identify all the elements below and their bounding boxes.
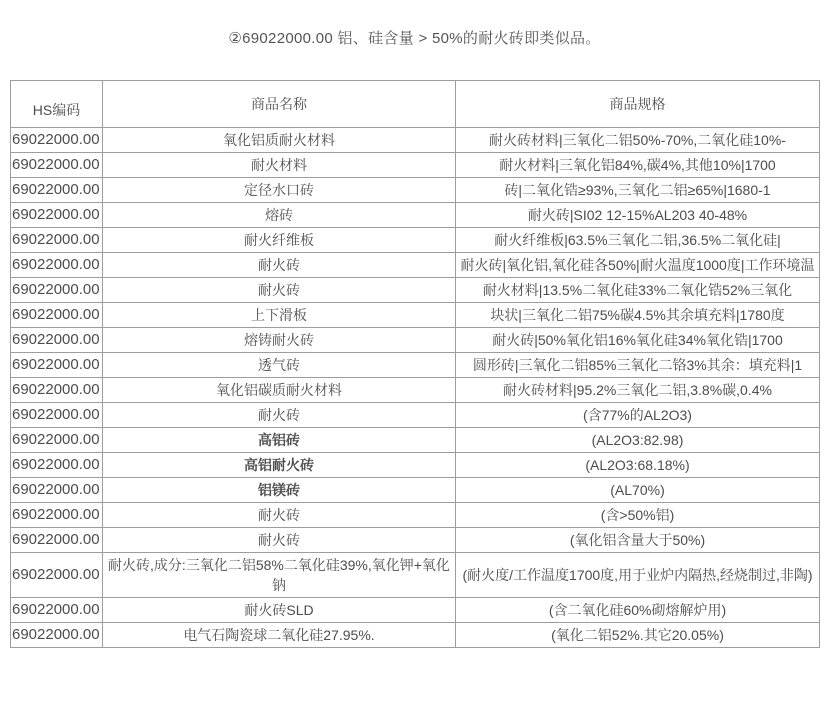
cell-product-spec: 耐火材料|13.5%二氧化硅33%二氧化锆52%三氧化: [456, 278, 820, 303]
cell-hs-code: 69022000.00: [11, 623, 103, 648]
cell-product-name: 氧化铝碳质耐火材料: [103, 378, 456, 403]
column-header-hs-code: HS编码: [11, 81, 103, 128]
table-row: 69022000.00熔砖耐火砖|SI02 12-15%AL203 40-48%: [11, 203, 820, 228]
table-row: 69022000.00耐火砖耐火材料|13.5%二氧化硅33%二氧化锆52%三氧…: [11, 278, 820, 303]
cell-product-spec: (AL2O3:82.98): [456, 428, 820, 453]
cell-product-spec: (含>50%铝): [456, 503, 820, 528]
cell-product-spec: (氧化铝含量大于50%): [456, 528, 820, 553]
cell-product-spec: 耐火砖|SI02 12-15%AL203 40-48%: [456, 203, 820, 228]
cell-product-spec: 耐火砖材料|三氧化二铝50%-70%,二氧化硅10%-: [456, 128, 820, 153]
column-header-product-spec: 商品规格: [456, 81, 820, 128]
cell-product-name: 氧化铝质耐火材料: [103, 128, 456, 153]
hs-code-table: HS编码 商品名称 商品规格 69022000.00氧化铝质耐火材料耐火砖材料|…: [10, 80, 820, 648]
cell-product-name: 高铝砖: [103, 428, 456, 453]
cell-product-spec: 耐火砖|氧化铝,氧化硅各50%|耐火温度1000度|工作环境温: [456, 253, 820, 278]
cell-hs-code: 69022000.00: [11, 253, 103, 278]
cell-product-name: 透气砖: [103, 353, 456, 378]
cell-product-spec: (含二氧化硅60%砌熔解炉用): [456, 598, 820, 623]
cell-hs-code: 69022000.00: [11, 478, 103, 503]
cell-product-spec: 耐火材料|三氧化铝84%,碳4%,其他10%|1700: [456, 153, 820, 178]
cell-product-name: 电气石陶瓷球二氧化硅27.95%.: [103, 623, 456, 648]
table-row: 69022000.00耐火砖(含77%的AL2O3): [11, 403, 820, 428]
cell-product-name: 耐火砖: [103, 528, 456, 553]
cell-hs-code: 69022000.00: [11, 228, 103, 253]
cell-product-spec: (AL70%): [456, 478, 820, 503]
cell-hs-code: 69022000.00: [11, 178, 103, 203]
cell-hs-code: 69022000.00: [11, 403, 103, 428]
cell-hs-code: 69022000.00: [11, 153, 103, 178]
table-row: 69022000.00透气砖圆形砖|三氧化二铝85%三氧化二铬3%其余：填充料|…: [11, 353, 820, 378]
cell-product-spec: 耐火砖材料|95.2%三氧化二铝,3.8%碳,0.4%: [456, 378, 820, 403]
cell-hs-code: 69022000.00: [11, 598, 103, 623]
table-row: 69022000.00耐火砖(氧化铝含量大于50%): [11, 528, 820, 553]
cell-product-name: 耐火纤维板: [103, 228, 456, 253]
cell-hs-code: 69022000.00: [11, 328, 103, 353]
table-header: HS编码 商品名称 商品规格: [11, 81, 820, 128]
table-row: 69022000.00耐火砖(含>50%铝): [11, 503, 820, 528]
cell-product-name: 耐火砖SLD: [103, 598, 456, 623]
cell-hs-code: 69022000.00: [11, 503, 103, 528]
cell-product-spec: 块状|三氧化二铝75%碳4.5%其余填充料|1780度: [456, 303, 820, 328]
cell-product-name: 上下滑板: [103, 303, 456, 328]
cell-product-name: 铝镁砖: [103, 478, 456, 503]
table-row: 69022000.00耐火砖,成分:三氧化二铝58%二氧化硅39%,氧化钾+氧化…: [11, 553, 820, 598]
cell-hs-code: 69022000.00: [11, 203, 103, 228]
cell-product-name: 高铝耐火砖: [103, 453, 456, 478]
cell-product-spec: 砖|二氧化锆≥93%,三氧化二铝≥65%|1680-1: [456, 178, 820, 203]
table-row: 69022000.00耐火砖耐火砖|氧化铝,氧化硅各50%|耐火温度1000度|…: [11, 253, 820, 278]
page-title: ②69022000.00 铝、硅含量 > 50%的耐火砖即类似品。: [0, 27, 829, 48]
table-row: 69022000.00定径水口砖砖|二氧化锆≥93%,三氧化二铝≥65%|168…: [11, 178, 820, 203]
cell-product-name: 熔铸耐火砖: [103, 328, 456, 353]
cell-hs-code: 69022000.00: [11, 303, 103, 328]
table-row: 69022000.00电气石陶瓷球二氧化硅27.95%.(氧化二铝52%.其它2…: [11, 623, 820, 648]
cell-hs-code: 69022000.00: [11, 428, 103, 453]
cell-product-spec: 圆形砖|三氧化二铝85%三氧化二铬3%其余：填充料|1: [456, 353, 820, 378]
cell-hs-code: 69022000.00: [11, 128, 103, 153]
cell-product-name: 耐火砖: [103, 253, 456, 278]
cell-hs-code: 69022000.00: [11, 378, 103, 403]
cell-hs-code: 69022000.00: [11, 553, 103, 598]
cell-product-name: 耐火砖: [103, 278, 456, 303]
table-header-row: HS编码 商品名称 商品规格: [11, 81, 820, 128]
column-header-product-name: 商品名称: [103, 81, 456, 128]
table-row: 69022000.00铝镁砖(AL70%): [11, 478, 820, 503]
table-row: 69022000.00高铝砖(AL2O3:82.98): [11, 428, 820, 453]
cell-hs-code: 69022000.00: [11, 278, 103, 303]
cell-product-spec: (含77%的AL2O3): [456, 403, 820, 428]
cell-product-spec: (AL2O3:68.18%): [456, 453, 820, 478]
cell-hs-code: 69022000.00: [11, 453, 103, 478]
cell-hs-code: 69022000.00: [11, 528, 103, 553]
cell-product-spec: (氧化二铝52%.其它20.05%): [456, 623, 820, 648]
cell-product-spec: 耐火纤维板|63.5%三氧化二铝,36.5%二氧化硅|: [456, 228, 820, 253]
cell-product-name: 耐火砖: [103, 503, 456, 528]
cell-product-name: 耐火砖: [103, 403, 456, 428]
cell-product-spec: 耐火砖|50%氧化铝16%氧化硅34%氧化锆|1700: [456, 328, 820, 353]
table-row: 69022000.00高铝耐火砖(AL2O3:68.18%): [11, 453, 820, 478]
cell-product-name: 熔砖: [103, 203, 456, 228]
table-row: 69022000.00熔铸耐火砖耐火砖|50%氧化铝16%氧化硅34%氧化锆|1…: [11, 328, 820, 353]
table-row: 69022000.00耐火材料耐火材料|三氧化铝84%,碳4%,其他10%|17…: [11, 153, 820, 178]
table-row: 69022000.00耐火纤维板耐火纤维板|63.5%三氧化二铝,36.5%二氧…: [11, 228, 820, 253]
table-row: 69022000.00上下滑板块状|三氧化二铝75%碳4.5%其余填充料|178…: [11, 303, 820, 328]
table-row: 69022000.00氧化铝碳质耐火材料耐火砖材料|95.2%三氧化二铝,3.8…: [11, 378, 820, 403]
cell-hs-code: 69022000.00: [11, 353, 103, 378]
cell-product-spec: (耐火度/工作温度1700度,用于业炉内隔热,经烧制过,非陶): [456, 553, 820, 598]
table-row: 69022000.00氧化铝质耐火材料耐火砖材料|三氧化二铝50%-70%,二氧…: [11, 128, 820, 153]
table-row: 69022000.00耐火砖SLD(含二氧化硅60%砌熔解炉用): [11, 598, 820, 623]
cell-product-name: 耐火砖,成分:三氧化二铝58%二氧化硅39%,氧化钾+氧化钠: [103, 553, 456, 598]
cell-product-name: 定径水口砖: [103, 178, 456, 203]
table-body: 69022000.00氧化铝质耐火材料耐火砖材料|三氧化二铝50%-70%,二氧…: [11, 128, 820, 648]
cell-product-name: 耐火材料: [103, 153, 456, 178]
